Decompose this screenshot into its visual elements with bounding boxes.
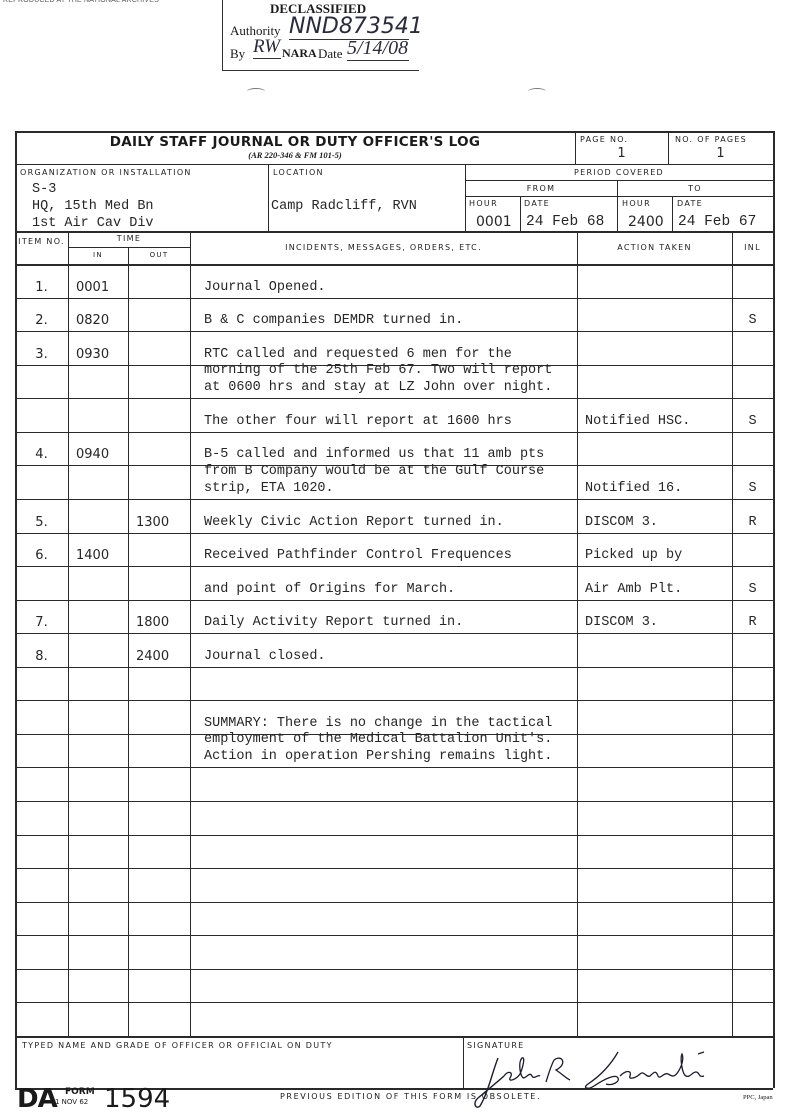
no-of-pages-label: NO. OF PAGES — [675, 135, 747, 144]
rule-line — [15, 868, 773, 869]
declass-date-value: 5/14/08 — [347, 37, 409, 61]
item-no-header: ITEM NO. — [15, 236, 68, 247]
time-out: 2400 — [136, 648, 190, 665]
rule-line — [15, 600, 773, 601]
rule-line — [15, 432, 773, 433]
to-label: TO — [617, 184, 773, 193]
nara-label: NARA — [282, 46, 317, 61]
rule-line — [15, 164, 773, 165]
from-label: FROM — [465, 184, 617, 193]
form-agency: DA — [17, 1084, 57, 1114]
incident-text: B-5 called and informed us that 11 amb p… — [204, 446, 577, 463]
time-in: 0001 — [76, 279, 128, 296]
item-number: 1. — [15, 279, 68, 296]
form-regulation: (AR 220-346 & FM 101-5) — [15, 150, 575, 160]
from-date-label: DATE — [524, 199, 550, 208]
rule-line — [15, 633, 773, 634]
incident-text: employment of the Medical Battalion Unit… — [204, 731, 577, 765]
incident-text: Journal closed. — [204, 648, 577, 665]
rule-line — [15, 264, 773, 266]
action-taken: Notified 16. — [585, 480, 732, 497]
to-date-value: 24 Feb 67 — [678, 214, 756, 230]
rule-line — [15, 533, 773, 534]
form-title: DAILY STAFF JOURNAL OR DUTY OFFICER'S LO… — [15, 134, 575, 150]
rule-line — [15, 801, 773, 802]
incident-text: Weekly Civic Action Report turned in. — [204, 514, 577, 531]
item-number: 3. — [15, 346, 68, 363]
location-value: Camp Radcliff, RVN — [271, 199, 417, 214]
incident-text: The other four will report at 1600 hrs — [204, 413, 577, 430]
rule-line — [465, 196, 773, 197]
from-date-value: 24 Feb 68 — [526, 214, 604, 230]
rule-line — [15, 231, 773, 233]
rule-line — [15, 1036, 773, 1038]
printer-mark: PPC, Japan — [743, 1094, 773, 1101]
to-hour-value: 2400 — [628, 214, 664, 230]
inl-code: R — [732, 514, 773, 531]
action-taken: Picked up by — [585, 547, 732, 564]
incident-text: Received Pathfinder Control Frequences — [204, 547, 577, 564]
from-hour-label: HOUR — [469, 199, 498, 208]
form-edition-date: 1 NOV 62 — [55, 1096, 95, 1106]
incident-text: and point of Origins for March. — [204, 581, 577, 598]
punch-hole-mark — [247, 88, 265, 95]
organization-line-1: S-3 — [32, 182, 56, 197]
incidents-header: INCIDENTS, MESSAGES, ORDERS, ETC. — [190, 243, 577, 252]
rule-line — [15, 1002, 773, 1003]
incident-text: from B Company would be at the Gulf Cour… — [204, 463, 577, 497]
rule-line — [463, 1036, 464, 1088]
page-no-value: 1 — [575, 146, 668, 161]
rule-line — [15, 767, 773, 768]
form-number: 1594 — [104, 1084, 170, 1114]
item-number: 8. — [15, 648, 68, 665]
time-in: 0940 — [76, 446, 128, 463]
rule-line — [15, 969, 773, 970]
rule-line — [15, 131, 17, 1088]
inl-code: R — [732, 614, 773, 631]
rule-line — [15, 499, 773, 500]
form-label-block: FORM 1 NOV 62 — [55, 1088, 95, 1106]
location-label: LOCATION — [273, 168, 324, 177]
to-hour-label: HOUR — [622, 199, 651, 208]
rule-line — [465, 180, 773, 181]
incident-text: RTC called and requested 6 men for the — [204, 346, 577, 363]
action-taken-header: ACTION TAKEN — [577, 243, 732, 252]
time-out-header: OUT — [128, 251, 190, 259]
by-label: By — [230, 46, 245, 62]
action-taken: DISCOM 3. — [585, 514, 732, 531]
incident-text: morning of the 25th Feb 67. Two will rep… — [204, 362, 577, 396]
inl-code: S — [732, 480, 773, 497]
incident-text: SUMMARY: There is no change in the tacti… — [204, 715, 577, 732]
time-in: 0930 — [76, 346, 128, 363]
rule-line — [15, 935, 773, 936]
inl-code: S — [732, 413, 773, 430]
time-in: 0820 — [76, 312, 128, 329]
rule-line — [15, 398, 773, 399]
item-number: 5. — [15, 514, 68, 531]
incident-text: B & C companies DEMDR turned in. — [204, 312, 577, 329]
item-number: 7. — [15, 614, 68, 631]
period-covered-label: PERIOD COVERED — [465, 168, 773, 177]
rule-line — [268, 164, 269, 231]
rule-line — [15, 566, 773, 567]
item-number: 4. — [15, 446, 68, 463]
action-taken: Notified HSC. — [585, 413, 732, 430]
rule-line — [520, 196, 521, 231]
rule-line — [773, 131, 775, 1088]
time-in-header: IN — [68, 251, 128, 259]
rule-line — [15, 331, 773, 332]
rule-line — [15, 131, 773, 133]
item-number: 2. — [15, 312, 68, 329]
organization-label: ORGANIZATION OR INSTALLATION — [20, 168, 192, 177]
to-date-label: DATE — [677, 199, 703, 208]
rule-line — [15, 902, 773, 903]
rule-line — [15, 667, 773, 668]
action-taken: Air Amb Plt. — [585, 581, 732, 598]
from-hour-value: 0001 — [476, 214, 512, 230]
incident-text: Journal Opened. — [204, 279, 577, 296]
item-number: 6. — [15, 547, 68, 564]
rule-line — [15, 835, 773, 836]
form-label: FORM — [55, 1088, 95, 1096]
time-in: 1400 — [76, 547, 128, 564]
punch-hole-mark — [528, 88, 546, 95]
inl-header: INL — [732, 243, 773, 252]
rule-line — [15, 700, 773, 701]
page-no-label: PAGE NO. — [580, 135, 628, 144]
action-taken: DISCOM 3. — [585, 614, 732, 631]
previous-edition-note: PREVIOUS EDITION OF THIS FORM IS OBSOLET… — [280, 1092, 541, 1101]
rule-line — [15, 298, 773, 299]
no-of-pages-value: 1 — [668, 146, 773, 161]
time-out: 1800 — [136, 614, 190, 631]
rule-line — [672, 196, 673, 231]
time-out: 1300 — [136, 514, 190, 531]
rule-line — [68, 247, 190, 248]
inl-code: S — [732, 312, 773, 329]
typed-name-label: TYPED NAME AND GRADE OF OFFICER OR OFFIC… — [22, 1041, 333, 1050]
archive-stamp: REPRODUCED AT THE NATIONAL ARCHIVES — [3, 0, 159, 4]
by-initials: RW — [253, 36, 281, 59]
organization-line-2: HQ, 15th Med Bn — [32, 199, 154, 214]
time-header: TIME — [68, 234, 190, 243]
incident-text: Daily Activity Report turned in. — [204, 614, 577, 631]
organization-line-3: 1st Air Cav Div — [32, 216, 154, 231]
declass-date-label: Date — [318, 46, 343, 62]
inl-code: S — [732, 581, 773, 598]
